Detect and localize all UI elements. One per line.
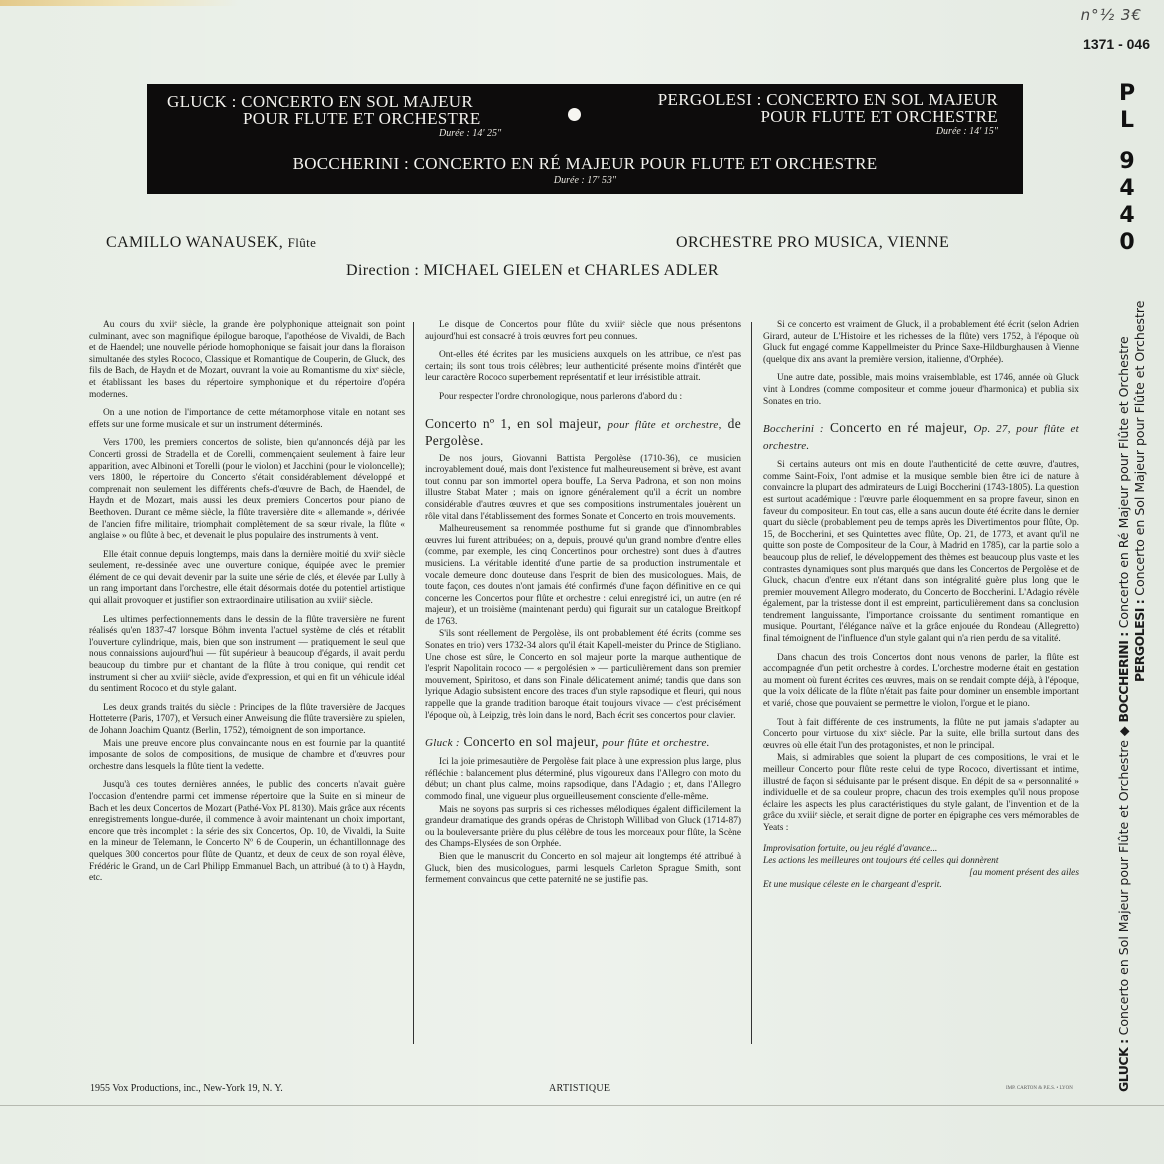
paragraph: Bien que le manuscrit du Concerto en sol… — [425, 852, 741, 887]
paragraph: On a une notion de l'importance de cette… — [89, 408, 405, 431]
direction-credit: Direction : MICHAEL GIELEN et CHARLES AD… — [346, 262, 719, 280]
spine-line-2: PERGOLESI : Concerto en Sol Majeur pour … — [1132, 301, 1147, 683]
liner-notes-column-3: Si ce concerto est vraiment de Gluck, il… — [763, 320, 1079, 891]
paragraph: Les deux grands traités du siècle : Prin… — [89, 703, 405, 738]
bullet-dot-icon — [568, 108, 581, 121]
sleeve-fold-line — [0, 1105, 1164, 1106]
paragraph: Tout à fait différente de ces instrument… — [763, 718, 1079, 753]
paragraph: Mais une preuve encore plus convaincante… — [89, 739, 405, 774]
paragraph: Mais, si admirables que soient la plupar… — [763, 753, 1079, 834]
handwritten-note: n°½ 3€ — [1081, 6, 1142, 24]
paragraph: Vers 1700, les premiers concertos de sol… — [89, 438, 405, 542]
catalog-sticker: 1371 - 046 — [1083, 36, 1150, 52]
soloist-name: CAMILLO WANAUSEK, — [106, 234, 283, 251]
column-divider — [751, 322, 752, 1044]
heading-gluck: Gluck : Concerto en sol majeur, pour flû… — [425, 734, 741, 751]
gluck-duration: Durée : 14' 25" — [439, 128, 501, 139]
printer-credit: IMP. CARTON & P.E.S. • LYON — [1006, 1086, 1073, 1091]
yeats-verse: Improvisation fortuite, ou jeu réglé d'a… — [763, 843, 1079, 891]
record-catalog-code: P L 9 4 4 0 — [1112, 80, 1142, 256]
paragraph: De nos jours, Giovanni Battista Pergolès… — [425, 454, 741, 524]
record-sleeve-back: n°½ 3€ 1371 - 046 GLUCK : CONCERTO EN SO… — [0, 0, 1164, 1164]
gluck-title-line2: POUR FLUTE ET ORCHESTRE — [243, 109, 481, 128]
liner-notes-column-2: Le disque de Concertos pour flûte du xvi… — [425, 320, 741, 888]
orchestra-credit: ORCHESTRE PRO MUSICA, VIENNE — [676, 234, 949, 252]
paragraph: Si ce concerto est vraiment de Gluck, il… — [763, 320, 1079, 366]
pergolesi-title-line2: POUR FLUTE ET ORCHESTRE — [760, 107, 998, 126]
pergolesi-duration: Durée : 14' 15" — [936, 126, 998, 137]
paragraph: Dans chacun des trois Concertos dont nou… — [763, 653, 1079, 711]
paragraph: Si certains auteurs ont mis en doute l'a… — [763, 460, 1079, 646]
spine-text: GLUCK : Concerto en Sol Majeur pour Flût… — [1102, 272, 1158, 1092]
paragraph: Elle était connue depuis longtemps, mais… — [89, 550, 405, 608]
paragraph: Jusqu'à ces toutes dernières années, le … — [89, 780, 405, 884]
copyright-line: 1955 Vox Productions, inc., New-York 19,… — [90, 1083, 283, 1094]
paragraph: Malheureusement sa renommée posthume fut… — [425, 524, 741, 628]
heading-boccherini: Boccherini : Concerto en ré majeur, Op. … — [763, 420, 1079, 454]
boccherini-title: BOCCHERINI : CONCERTO EN RÉ MAJEUR POUR … — [147, 154, 1023, 173]
paper-stain — [0, 0, 240, 6]
paragraph: Une autre date, possible, mais moins vra… — [763, 373, 1079, 408]
paragraph: Pour respecter l'ordre chronologique, no… — [425, 392, 741, 404]
paragraph: Mais ne soyons pas surpris si ces riches… — [425, 805, 741, 851]
paragraph: Ici la joie primesautière de Pergolèse f… — [425, 757, 741, 803]
paragraph: S'ils sont réellement de Pergolèse, ils … — [425, 629, 741, 722]
boccherini-duration: Durée : 17' 53" — [147, 175, 1023, 186]
heading-pergolese: Concerto nº 1, en sol majeur, pour flûte… — [425, 416, 741, 448]
paragraph: Les ultimes perfectionnements dans le de… — [89, 615, 405, 696]
soloist-credit: CAMILLO WANAUSEK, Flûte — [106, 234, 316, 252]
paragraph: Ont-elles été écrites par les musiciens … — [425, 350, 741, 385]
paragraph: Le disque de Concertos pour flûte du xvi… — [425, 320, 741, 343]
label-name: ARTISTIQUE — [549, 1083, 610, 1094]
liner-notes-column-1: Au cours du xviiᵉ siècle, la grande ère … — [89, 320, 405, 892]
spine-line-1: GLUCK : Concerto en Sol Majeur pour Flût… — [1116, 336, 1131, 1092]
soloist-instrument: Flûte — [288, 235, 317, 250]
title-band: GLUCK : CONCERTO EN SOL MAJEUR POUR FLUT… — [147, 84, 1023, 194]
column-divider — [413, 322, 414, 1044]
paragraph: Au cours du xviiᵉ siècle, la grande ère … — [89, 320, 405, 401]
